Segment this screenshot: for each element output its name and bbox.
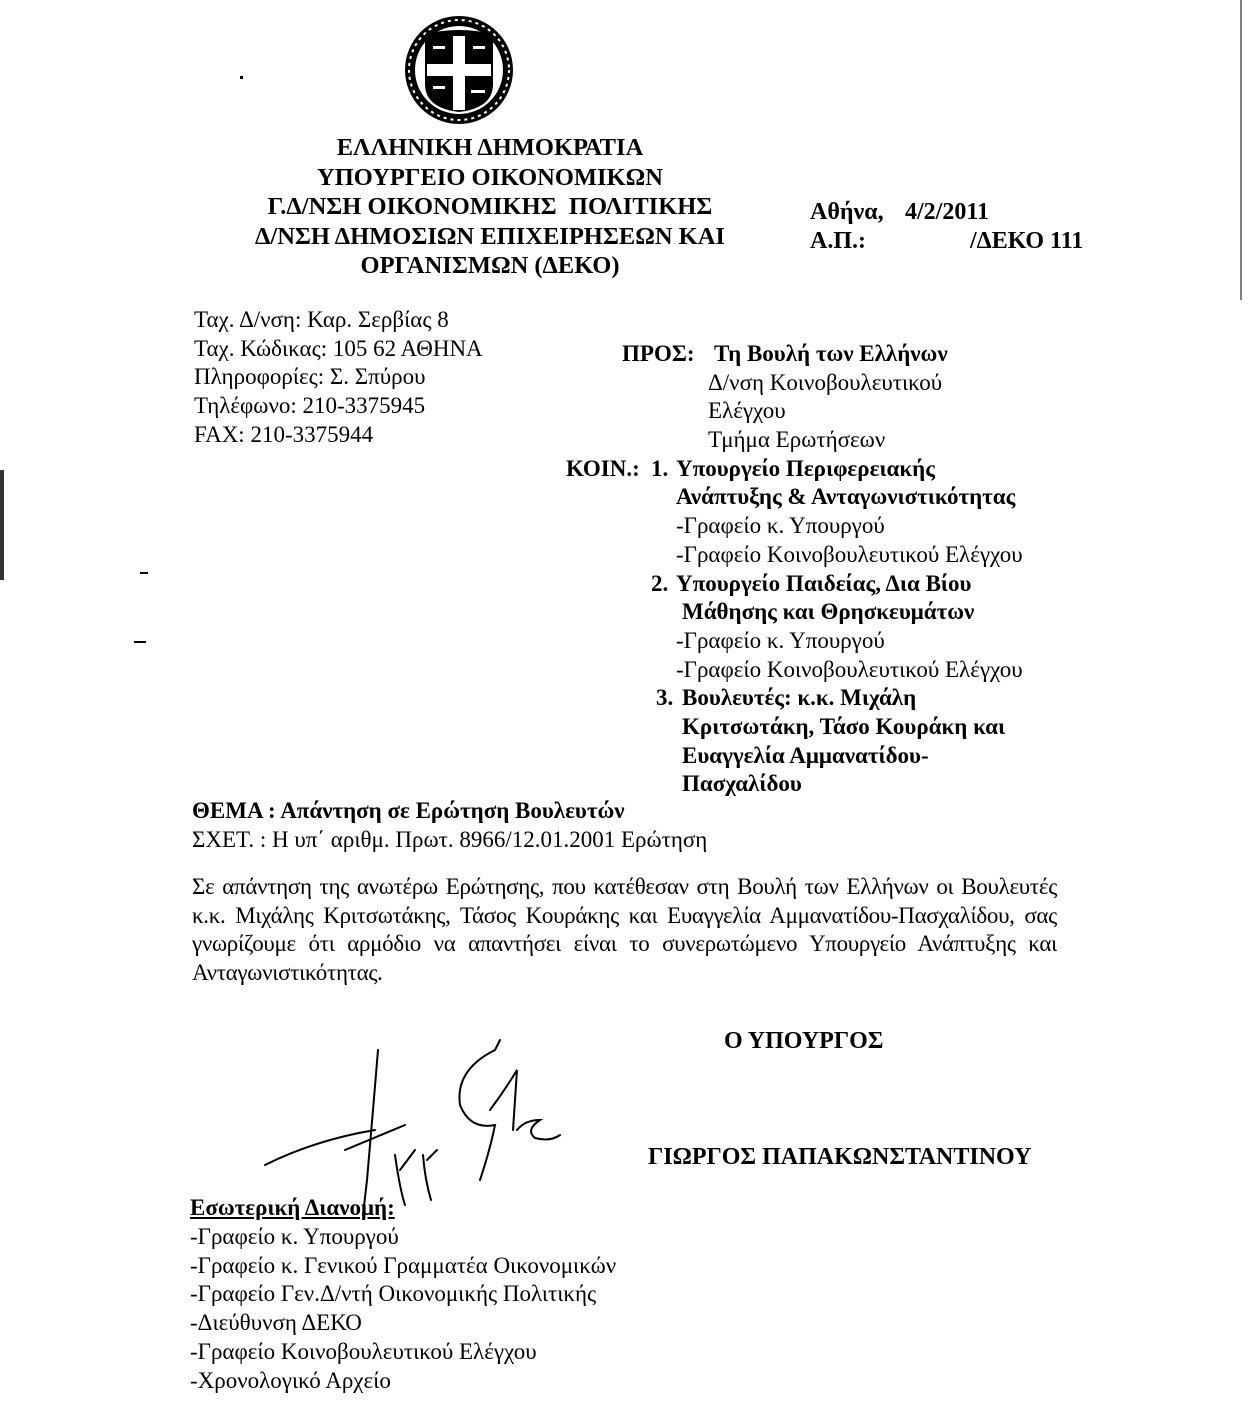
subject-block: ΘΕΜΑ : Απάντηση σε Ερώτηση Βουλευτών ΣΧΕ…: [192, 796, 707, 854]
handwritten-signature-icon: [255, 1030, 585, 1220]
cc-sub-line: -Γραφείο Κοινοβουλευτικού Ελέγχου: [676, 542, 1023, 567]
distribution-item: -Γραφείο κ. Υπουργού: [190, 1223, 616, 1252]
contact-phone: Τηλέφωνο: 210-3375945: [194, 392, 483, 421]
protocol-number: /ΔΕΚΟ 111: [970, 227, 1083, 256]
signatory-name: ΓΙΩΡΓΟΣ ΠΑΠΑΚΩΝΣΤΑΝΤΙΝΟΥ: [648, 1144, 1031, 1171]
letter-body: Σε απάντηση της ανωτέρω Ερώτησης, που κα…: [192, 873, 1057, 987]
header-line: Γ.Δ/ΝΣΗ ΟΙΚΟΝΟΜΙΚΗΣ ΠΟΛΙΤΙΚΗΣ: [240, 192, 740, 222]
to-line: Δ/νση Κοινοβουλευτικού: [708, 370, 942, 395]
contact-address: Ταχ. Δ/νση: Καρ. Σερβίας 8: [194, 306, 483, 335]
reference-label: ΣΧΕΤ. :: [192, 827, 266, 852]
distribution-item: -Γραφείο Γεν.Δ/ντή Οικονομικής Πολιτικής: [190, 1280, 616, 1309]
cc-item-title: Ανάπτυξης & Ανταγωνιστικότητας: [676, 484, 1015, 509]
scan-artifact: [240, 76, 243, 79]
distribution-item: -Γραφείο Κοινοβουλευτικού Ελέγχου: [190, 1338, 616, 1367]
scan-artifact: [134, 641, 146, 643]
contact-postcode: Ταχ. Κώδικας: 105 62 ΑΘΗΝΑ: [194, 335, 483, 364]
distribution-item: -Χρονολογικό Αρχείο: [190, 1367, 616, 1396]
date-block: Αθήνα, 4/2/2011 Α.Π.: /ΔΕΚΟ 111: [810, 198, 1083, 256]
to-line: Ελέγχου: [708, 398, 786, 423]
cc-sub-line: -Γραφείο κ. Υπουργού: [676, 513, 885, 538]
cc-item-title: Ευαγγελία Αμμανατίδου-: [682, 743, 929, 768]
place-label: Αθήνα,: [810, 198, 905, 227]
cc-item-number: 3.: [656, 684, 673, 713]
contact-info-person: Πληροφορίες: Σ. Σπύρου: [194, 363, 483, 392]
header-line: ΥΠΟΥΡΓΕΙΟ ΟΙΚΟΝΟΜΙΚΩΝ: [240, 163, 740, 193]
reference-text: Η υπ΄ αριθμ. Πρωτ. 8966/12.01.2001 Ερώτη…: [272, 827, 707, 852]
sender-contact: Ταχ. Δ/νση: Καρ. Σερβίας 8 Ταχ. Κώδικας:…: [194, 306, 483, 450]
cc-label: ΚΟΙΝ.:: [566, 455, 640, 484]
header-line: Δ/ΝΣΗ ΔΗΜΟΣΙΩΝ ΕΠΙΧΕΙΡΗΣΕΩΝ ΚΑΙ: [240, 222, 740, 252]
scan-artifact: [140, 572, 148, 574]
contact-fax: FAX: 210-3375944: [194, 421, 483, 450]
to-line: Τη Βουλή των Ελλήνων: [714, 340, 948, 369]
cc-item-title: Κριτσωτάκη, Τάσο Κουράκη και: [682, 714, 1005, 739]
scan-artifact: [1240, 0, 1242, 300]
recipients-block: ΠΡΟΣ: Τη Βουλή των Ελλήνων Δ/νση Κοινοβο…: [566, 340, 1023, 799]
subject-label: ΘΕΜΑ :: [192, 798, 276, 823]
subject-text: Απάντηση σε Ερώτηση Βουλευτών: [280, 798, 624, 823]
internal-distribution: Εσωτερική Διανομή: -Γραφείο κ. Υπουργού …: [190, 1194, 616, 1396]
header-line: ΕΛΛΗΝΙΚΗ ΔΗΜΟΚΡΑΤΙΑ: [240, 133, 740, 163]
to-label: ΠΡΟΣ:: [622, 340, 695, 369]
distribution-item: -Γραφείο κ. Γενικού Γραμματέα Οικονομικώ…: [190, 1252, 616, 1281]
cc-item-title: Υπουργείο Παιδείας, Δια Βίου: [676, 570, 972, 599]
header-line: ΟΡΓΑΝΙΣΜΩΝ (ΔΕΚΟ): [240, 251, 740, 281]
cc-item-number: 1.: [651, 455, 668, 484]
to-line: Τμήμα Ερωτήσεων: [708, 427, 885, 452]
cc-sub-line: -Γραφείο Κοινοβουλευτικού Ελέγχου: [676, 657, 1023, 682]
scan-artifact: [0, 470, 4, 580]
cc-item-title: Υπουργείο Περιφερειακής: [676, 455, 935, 484]
cc-sub-line: -Γραφείο κ. Υπουργού: [676, 628, 885, 653]
greek-coat-of-arms-icon: [401, 12, 517, 128]
cc-item-number: 2.: [651, 570, 668, 599]
protocol-label: Α.Π.:: [810, 227, 970, 256]
cc-item-title: Πασχαλίδου: [682, 771, 802, 796]
distribution-item: -Διεύθυνση ΔΕΚΟ: [190, 1309, 616, 1338]
cc-item-title: Μάθησης και Θρησκευμάτων: [682, 599, 974, 624]
signatory-title: Ο ΥΠΟΥΡΓΟΣ: [724, 1028, 883, 1055]
document-date: 4/2/2011: [905, 198, 989, 227]
cc-item-title: Βουλευτές: κ.κ. Μιχάλη: [682, 684, 916, 713]
issuer-header: ΕΛΛΗΝΙΚΗ ΔΗΜΟΚΡΑΤΙΑ ΥΠΟΥΡΓΕΙΟ ΟΙΚΟΝΟΜΙΚΩ…: [240, 133, 740, 281]
distribution-title: Εσωτερική Διανομή:: [190, 1194, 616, 1223]
